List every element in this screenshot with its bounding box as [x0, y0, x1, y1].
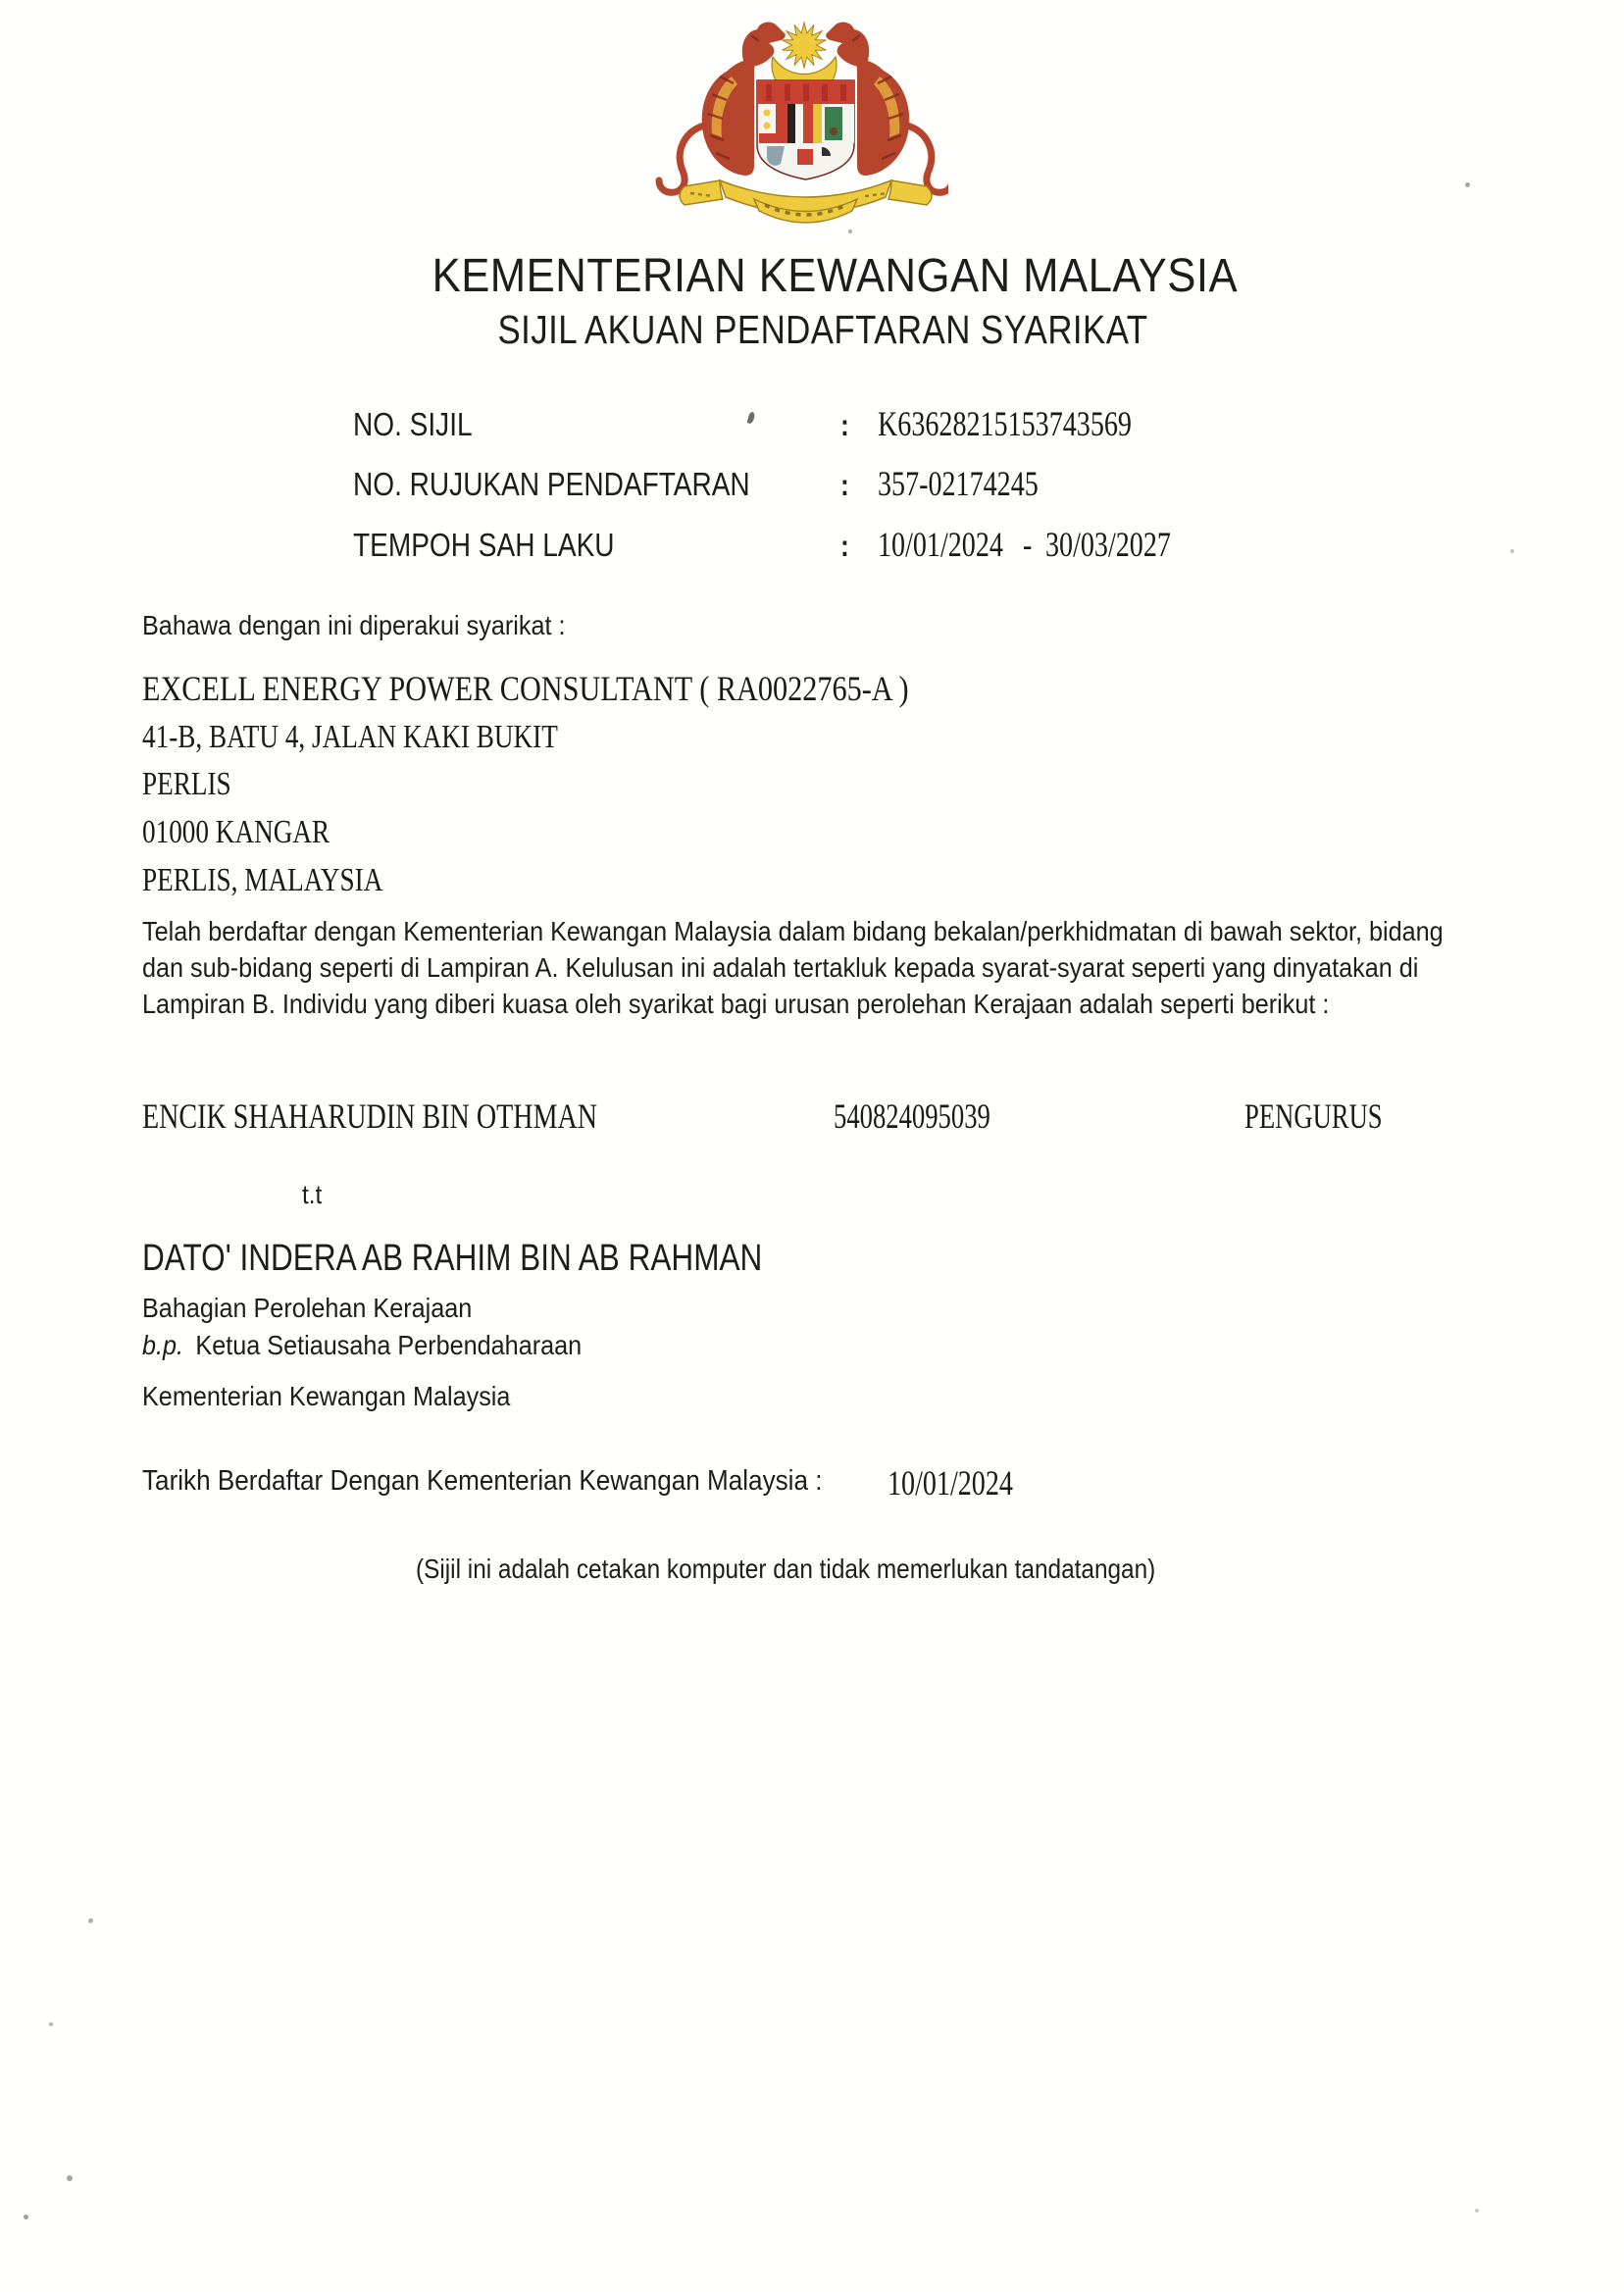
scan-speck [1465, 182, 1470, 187]
scan-speck [88, 1918, 93, 1923]
bp-prefix: b.p. [142, 1330, 183, 1360]
motto-banner-icon [680, 180, 932, 223]
malaysia-coat-of-arms [630, 16, 948, 224]
field-row-no-rujukan: NO. RUJUKAN PENDAFTARAN : 357-02174245 [0, 466, 1624, 511]
field-value-no-sijil: K63628215153743569 [878, 404, 1132, 444]
company-name: EXCELL ENERGY POWER CONSULTANT ( RA00227… [142, 669, 1054, 709]
field-label-no-sijil: NO. SIJIL [353, 406, 473, 443]
company-address-line: 41-B, BATU 4, JALAN KAKI BUKIT [142, 718, 662, 756]
scan-speck [848, 229, 852, 233]
registration-date-label: Tarikh Berdaftar Dengan Kementerian Kewa… [142, 1465, 822, 1498]
field-row-no-sijil: NO. SIJIL : K63628215153743569 [0, 406, 1624, 451]
scan-speck [1510, 549, 1514, 553]
authorized-person-ic: 540824095039 [834, 1096, 990, 1137]
shield-icon [757, 80, 854, 179]
tt-abbreviation: t.t [302, 1180, 325, 1210]
subtitle-row: SIJIL AKUAN PENDAFTARAN SYARIKAT [11, 307, 1624, 353]
field-label-no-rujukan: NO. RUJUKAN PENDAFTARAN [353, 466, 750, 503]
registration-date-value: 10/01/2024 [888, 1463, 1013, 1503]
company-address-line: PERLIS [142, 765, 253, 803]
field-value-tempoh-separator: - [1023, 525, 1032, 565]
colon: : [840, 468, 849, 503]
colon: : [840, 529, 849, 564]
authorized-person-row: ENCIK SHAHARUDIN BIN OTHMAN 540824095039… [0, 1096, 1624, 1142]
title-row: KEMENTERIAN KEWANGAN MALAYSIA [23, 249, 1624, 303]
federal-star-icon [783, 23, 827, 68]
field-label-tempoh: TEMPOH SAH LAKU [353, 527, 615, 564]
company-address-line: PERLIS, MALAYSIA [142, 861, 443, 899]
registration-paragraph: Telah berdaftar dengan Kementerian Kewan… [142, 916, 1588, 1025]
field-value-tempoh-from: 10/01/2024 [878, 525, 1003, 565]
declaration-intro: Bahawa dengan ini diperakui syarikat : [142, 610, 612, 641]
bp-title: Ketua Setiausaha Perbendaharaan [195, 1330, 582, 1360]
field-row-tempoh: TEMPOH SAH LAKU : 10/01/2024 - 30/03/202… [0, 527, 1624, 572]
paragraph-line: dan sub-bidang seperti di Lampiran A. Ke… [142, 952, 1418, 984]
signatory-ministry: Kementerian Kewangan Malaysia [142, 1381, 551, 1412]
field-value-no-rujukan: 357-02174245 [878, 464, 1039, 504]
page-title: KEMENTERIAN KEWANGAN MALAYSIA [431, 249, 1237, 303]
paragraph-line: Lampiran B. Individu yang diberi kuasa o… [142, 989, 1329, 1020]
scan-speck [1475, 2209, 1479, 2213]
signatory-bp-line: b.p. Ketua Setiausaha Perbendaharaan [142, 1330, 631, 1361]
field-value-tempoh-to: 30/03/2027 [1045, 525, 1171, 565]
paragraph-line: Telah berdaftar dengan Kementerian Kewan… [142, 916, 1444, 947]
certificate-page: KEMENTERIAN KEWANGAN MALAYSIA SIJIL AKUA… [0, 0, 1624, 2292]
signatory-name: DATO' INDERA AB RAHIM BIN AB RAHMAN [142, 1238, 889, 1281]
scan-speck [24, 2215, 28, 2219]
scan-speck [67, 2175, 73, 2181]
page-subtitle: SIJIL AKUAN PENDAFTARAN SYARIKAT [498, 307, 1148, 353]
scan-speck [49, 2022, 53, 2026]
disclaimer-note: (Sijil ini adalah cetakan komputer dan t… [416, 1553, 1266, 1585]
authorized-person-position: PENGURUS [1244, 1096, 1383, 1137]
colon: : [840, 408, 849, 443]
company-address-line: 01000 KANGAR [142, 813, 377, 851]
signatory-division: Bahagian Perolehan Kerajaan [142, 1293, 509, 1324]
registration-date-row: Tarikh Berdaftar Dengan Kementerian Kewa… [0, 1463, 1624, 1508]
authorized-person-name: ENCIK SHAHARUDIN BIN OTHMAN [142, 1096, 597, 1137]
